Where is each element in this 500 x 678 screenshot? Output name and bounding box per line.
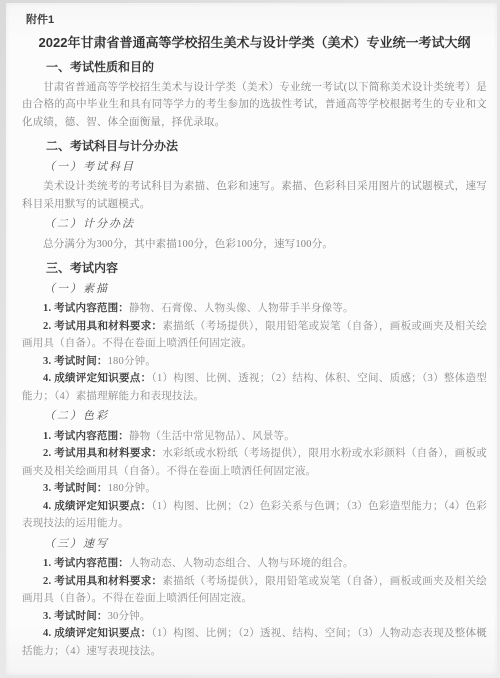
subsection-2-1-paragraph: 美术设计类统考的考试科目为素描、色彩和速写。素描、色彩科目采用图片的试题模式，速… (22, 178, 487, 213)
item-label: 2. 考试用具和材料要求： (43, 321, 162, 332)
section-heading-1: 一、考试性质和目的 (22, 59, 487, 77)
item-text: 180分钟。 (108, 356, 156, 367)
quicksketch-item-scope: 1. 考试内容范围：人物动态、人物动态组合、人物与环境的组合。 (22, 555, 487, 573)
sketch-item-scope: 1. 考试内容范围：静物、石膏像、人物头像、人物带手半身像等。 (22, 300, 487, 318)
color-item-duration: 3. 考试时间：180分钟。 (22, 480, 487, 498)
subsection-2-2-paragraph: 总分满分为300分，其中素描100分，色彩100分，速写100分。 (22, 236, 487, 254)
quicksketch-item-materials: 2. 考试用具和材料要求：素描纸（考场提供），限用铅笔或炭笔（自备），画板或画夹… (22, 573, 487, 608)
item-label: 1. 考试内容范围： (43, 303, 129, 314)
item-label: 2. 考试用具和材料要求： (43, 448, 162, 459)
item-label: 1. 考试内容范围： (43, 558, 129, 569)
color-item-materials: 2. 考试用具和材料要求：水彩纸或水粉纸（考场提供），限用水粉或水彩颜料（自备）… (22, 445, 487, 480)
subsection-heading-2-1: （一）考试科目 (22, 159, 487, 177)
item-label: 4. 成绩评定知识要点： (43, 501, 151, 512)
subsection-heading-quicksketch: （三）速写 (22, 536, 487, 554)
item-label: 3. 考试时间： (43, 356, 108, 367)
section-1-paragraph: 甘肃省普通高等学校招生美术与设计学类（美术）专业统一考试(以下简称美术设计类统考… (22, 79, 487, 132)
section-heading-3: 三、考试内容 (22, 260, 487, 278)
item-text: 30分钟。 (108, 611, 151, 622)
color-item-scope: 1. 考试内容范围：静物（生活中常见物品）、风景等。 (22, 428, 487, 446)
item-text: 人物动态、人物动态组合、人物与环境的组合。 (129, 558, 354, 569)
attachment-label: 附件1 (26, 12, 487, 28)
item-text: 静物、石膏像、人物头像、人物带手半身像等。 (129, 303, 354, 314)
item-label: 1. 考试内容范围： (43, 431, 129, 442)
color-item-grading: 4. 成绩评定知识要点：（1）构图、比例；（2）色彩关系与色调；（3）色彩造型能… (22, 498, 487, 533)
section-heading-2: 二、考试科目与计分办法 (22, 138, 487, 156)
item-text: 180分钟。 (108, 483, 156, 494)
item-label: 3. 考试时间： (43, 483, 108, 494)
document-page: 附件1 2022年甘肃省普通高等学校招生美术与设计学类（美术）专业统一考试大纲 … (6, 3, 497, 675)
item-label: 3. 考试时间： (43, 611, 108, 622)
document-content: 附件1 2022年甘肃省普通高等学校招生美术与设计学类（美术）专业统一考试大纲 … (6, 3, 497, 660)
subsection-heading-2-2: （二）计分办法 (22, 216, 487, 234)
subsection-heading-sketch: （一）素描 (22, 281, 487, 299)
page-title: 2022年甘肃省普通高等学校招生美术与设计学类（美术）专业统一考试大纲 (22, 34, 487, 52)
quicksketch-item-grading: 4. 成绩评定知识要点：（1）构图、比例；（2）透视、结构、空间；（3）人物动态… (22, 625, 487, 660)
item-label: 2. 考试用具和材料要求： (43, 576, 162, 587)
subsection-heading-color: （二）色彩 (22, 408, 487, 426)
quicksketch-item-duration: 3. 考试时间：30分钟。 (22, 608, 487, 626)
sketch-item-materials: 2. 考试用具和材料要求：素描纸（考场提供），限用铅笔或炭笔（自备），画板或画夹… (22, 318, 487, 353)
item-label: 4. 成绩评定知识要点： (43, 628, 151, 639)
sketch-item-grading: 4. 成绩评定知识要点：（1）构图、比例、透视；（2）结构、体积、空间、质感；（… (22, 370, 487, 405)
photo-background: 附件1 2022年甘肃省普通高等学校招生美术与设计学类（美术）专业统一考试大纲 … (0, 0, 500, 678)
item-label: 4. 成绩评定知识要点： (43, 373, 151, 384)
item-text: 静物（生活中常见物品）、风景等。 (129, 431, 295, 442)
sketch-item-duration: 3. 考试时间：180分钟。 (22, 353, 487, 371)
